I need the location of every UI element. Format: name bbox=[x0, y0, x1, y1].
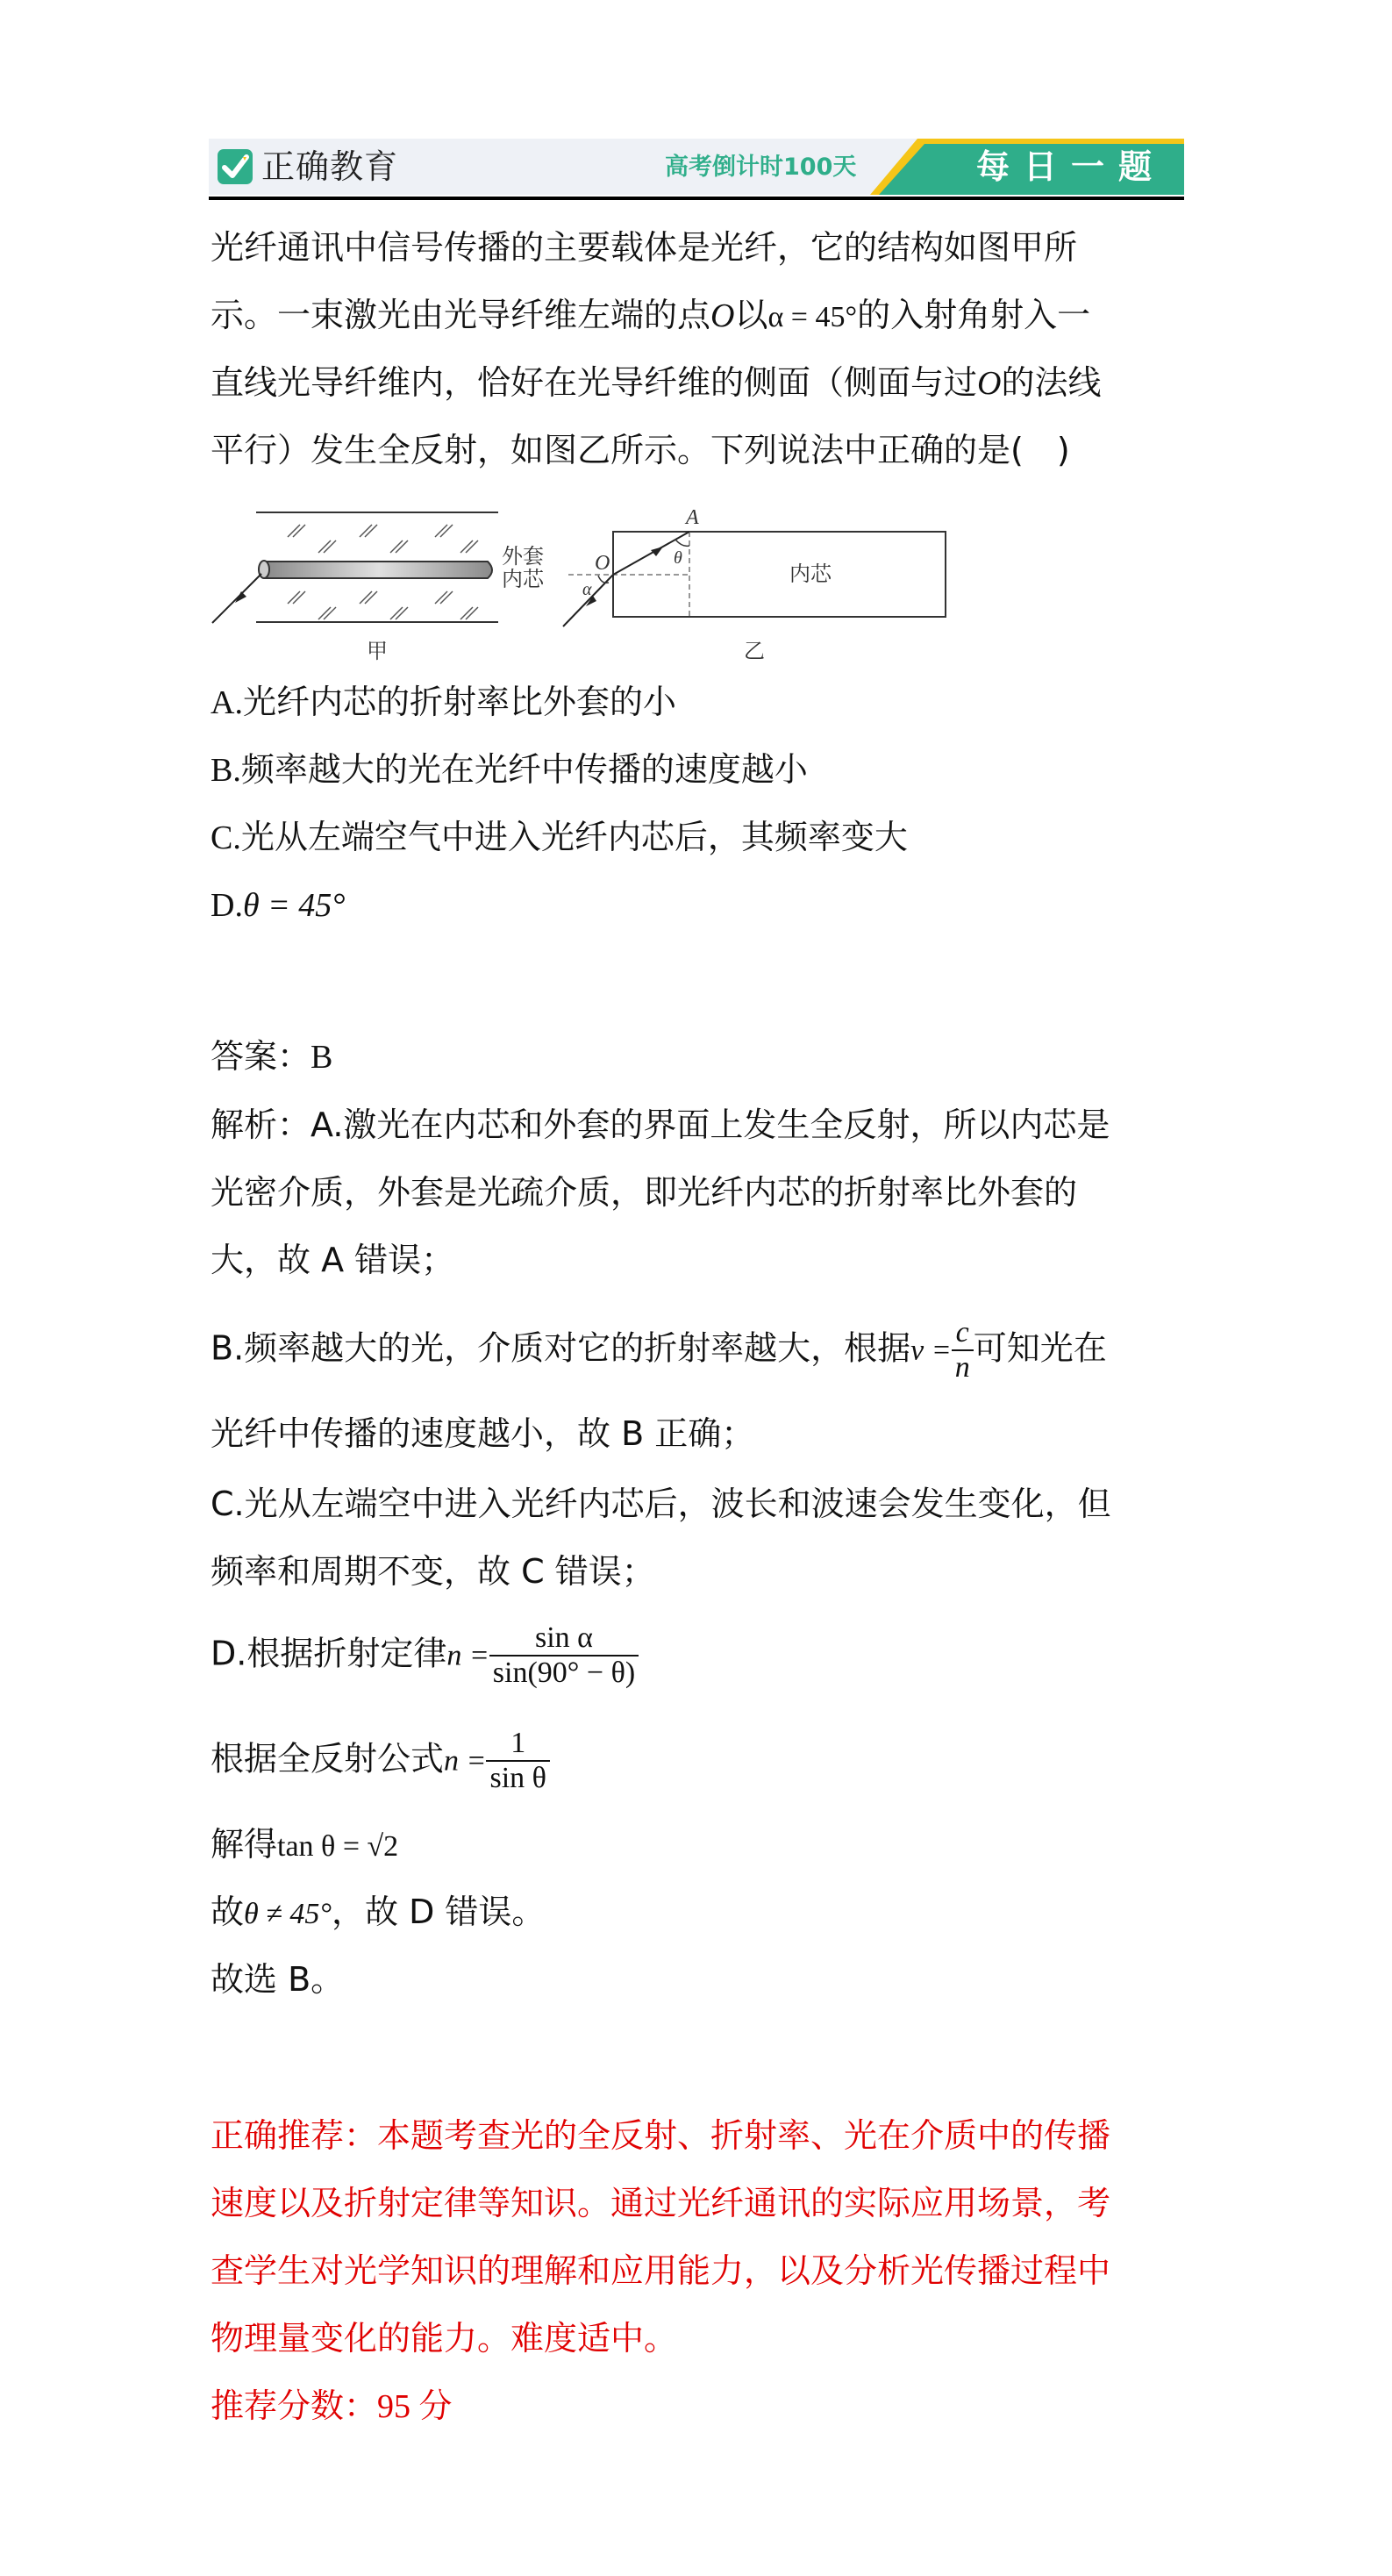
label-angle-theta: θ bbox=[674, 546, 682, 570]
brand-name: 正确教育 bbox=[261, 146, 398, 188]
score-value: 95 分 bbox=[377, 2388, 453, 2425]
analysis-d-line-3: 解得tan θ = √2 bbox=[211, 1823, 398, 1868]
option-b: B.频率越大的光在光纤中传播的速度越小 bbox=[211, 748, 808, 791]
analysis-d-line-2: 根据全反射公式n =1sin θ bbox=[211, 1727, 550, 1795]
point-o: O bbox=[977, 365, 1001, 402]
daily-question-title: 每日一题 bbox=[976, 146, 1166, 188]
analysis-c-line-2: 频率和周期不变，故 C 错误； bbox=[211, 1550, 655, 1592]
label-point-o: O bbox=[595, 551, 610, 576]
formula-refraction-law: sin αsin(90° − θ) bbox=[489, 1621, 639, 1690]
label-angle-alpha: α bbox=[582, 577, 592, 602]
analysis-a-line-2: 光密介质，外套是光疏介质，即光纤内芯的折射率比外套的 bbox=[211, 1171, 1077, 1213]
analysis-a-line-3: 大，故 A 错误； bbox=[211, 1239, 454, 1281]
figure-caption-jia: 甲 bbox=[367, 639, 388, 663]
analysis-conclusion: 故选 B。 bbox=[211, 1958, 344, 2000]
label-point-a: A bbox=[686, 505, 699, 530]
figure-yi: A O α θ 内芯 乙 bbox=[544, 491, 956, 667]
recommendation-line-1: 正确推荐：本题考查光的全反射、折射率、光在介质中的传播 bbox=[211, 2114, 1110, 2157]
recommendation-line-4: 物理量变化的能力。难度适中。 bbox=[211, 2317, 677, 2359]
alpha-formula: α = 45° bbox=[767, 301, 857, 333]
checkmark-logo-icon bbox=[218, 149, 253, 184]
option-a: A.光纤内芯的折射率比外套的小 bbox=[211, 681, 676, 724]
option-c: C.光从左端空气中进入光纤内芯后，其频率变大 bbox=[211, 816, 908, 859]
recommended-score: 推荐分数：95 分 bbox=[211, 2385, 453, 2428]
recommendation-line-2: 速度以及折射定律等知识。通过光纤通讯的实际应用场景，考 bbox=[211, 2182, 1110, 2224]
option-d: D.θ = 45° bbox=[211, 884, 345, 927]
analysis-b-line-2: 光纤中传播的速度越小，故 B 正确； bbox=[211, 1413, 754, 1455]
figure-jia: 外套 内芯 甲 bbox=[202, 491, 570, 667]
formula-c-over-n: cn bbox=[952, 1316, 974, 1385]
analysis-b-line-1: B.频率越大的光，介质对它的折射率越大，根据v =cn可知光在 bbox=[211, 1316, 1107, 1386]
question-line-1: 光纤通讯中信号传播的主要载体是光纤，它的结构如图甲所 bbox=[211, 226, 1077, 268]
formula-theta-neq: θ ≠ 45° bbox=[244, 1898, 332, 1930]
header-banner: 正确教育 高考倒计时100天 每日一题 bbox=[209, 139, 1184, 195]
label-core: 内芯 bbox=[789, 562, 832, 586]
formula-critical-angle: 1sin θ bbox=[486, 1727, 549, 1795]
analysis-d-line-1: D.根据折射定律n =sin αsin(90° − θ) bbox=[211, 1621, 639, 1690]
question-line-3: 直线光导纤维内，恰好在光导纤维的侧面（侧面与过O的法线 bbox=[211, 361, 1101, 404]
analysis-a-line-1: 解析：A.激光在内芯和外套的界面上发生全反射，所以内芯是 bbox=[211, 1104, 1110, 1146]
analysis-c-line-1: C.光从左端空中进入光纤内芯后，波长和波速会发生变化，但 bbox=[211, 1483, 1111, 1525]
answer-value: B bbox=[311, 1039, 332, 1076]
label-inner-core: 内芯 bbox=[502, 567, 544, 591]
figure-caption-yi: 乙 bbox=[744, 639, 765, 663]
analysis-d-line-4: 故θ ≠ 45°，故 D 错误。 bbox=[211, 1891, 545, 1936]
point-o: O bbox=[710, 297, 734, 334]
recommendation-line-3: 查学生对光学知识的理解和应用能力，以及分析光传播过程中 bbox=[211, 2250, 1110, 2292]
formula-tan-theta: tan θ = √2 bbox=[277, 1830, 398, 1863]
answer: 答案：B bbox=[211, 1035, 332, 1078]
countdown-label: 高考倒计时100天 bbox=[665, 153, 856, 182]
header-divider bbox=[209, 197, 1184, 200]
question-line-2: 示。一束激光由光导纤维左端的点O以α = 45°的入射角射入一 bbox=[211, 294, 1090, 339]
question-line-4: 平行）发生全反射，如图乙所示。下列说法中正确的是( ) bbox=[211, 429, 1070, 471]
label-outer-cladding: 外套 bbox=[502, 544, 544, 569]
